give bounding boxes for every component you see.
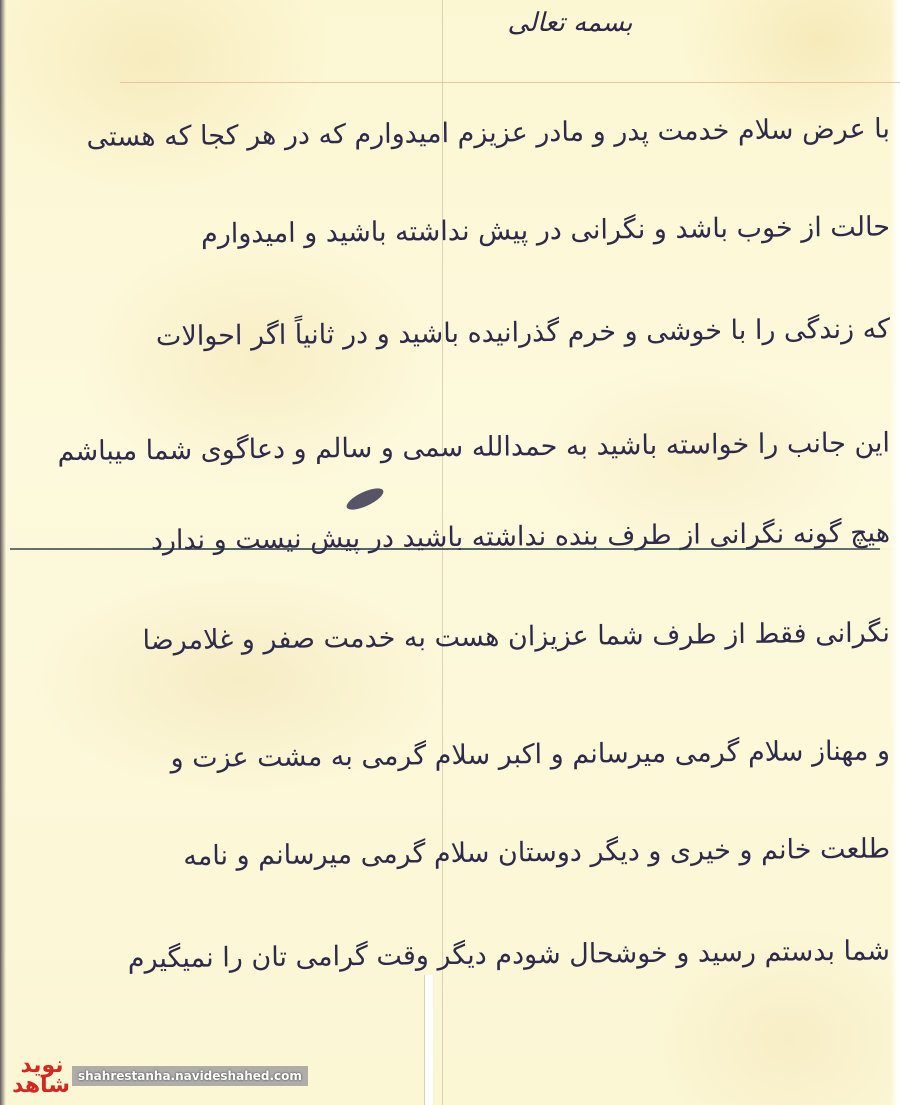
logo-text: نوید شاهد [14,1056,70,1096]
letter-line-2: حالت از خوب باشد و نگرانی در پیش نداشته … [20,211,890,251]
navideshahed-logo-icon: نوید شاهد [14,1056,70,1096]
letter-line-3: که زندگی را با خوشی و خرم گذرانیده باشید… [20,313,890,353]
letter-paper: بسمه تعالی با عرض سلام خدمت پدر و مادر ع… [0,0,900,1105]
letter-line-6: نگرانی فقط از طرف شما عزیزان هست به خدمت… [20,617,890,657]
letter-line-4: این جانب را خواسته باشید به حمدالله سمی … [20,427,890,467]
watermark-url: shahrestanha.navideshahed.com [72,1066,308,1086]
ink-scribble [344,484,386,514]
red-rule-line [120,82,900,83]
letter-line-9: شما بدستم رسید و خوشحال شودم دیگر وقت گر… [20,935,890,975]
paper-right-edge [890,0,900,1105]
paper-left-edge [0,0,6,1105]
fold-line-through-text [10,548,880,550]
site-watermark: نوید شاهد shahrestanha.navideshahed.com [14,1056,308,1096]
letter-line-8: طلعت خانم و خیری و دیگر دوستان سلام گرمی… [20,833,890,873]
paper-tear [424,975,433,1105]
letter-line-1: با عرض سلام خدمت پدر و مادر عزیزم امیدوا… [20,113,890,153]
letter-line-7: و مهناز سلام گرمی میرسانم و اکبر سلام گر… [20,735,890,775]
letter-heading: بسمه تعالی [460,8,680,38]
letter-line-5: هیچ گونه نگرانی از طرف بنده نداشته باشید… [20,517,890,557]
